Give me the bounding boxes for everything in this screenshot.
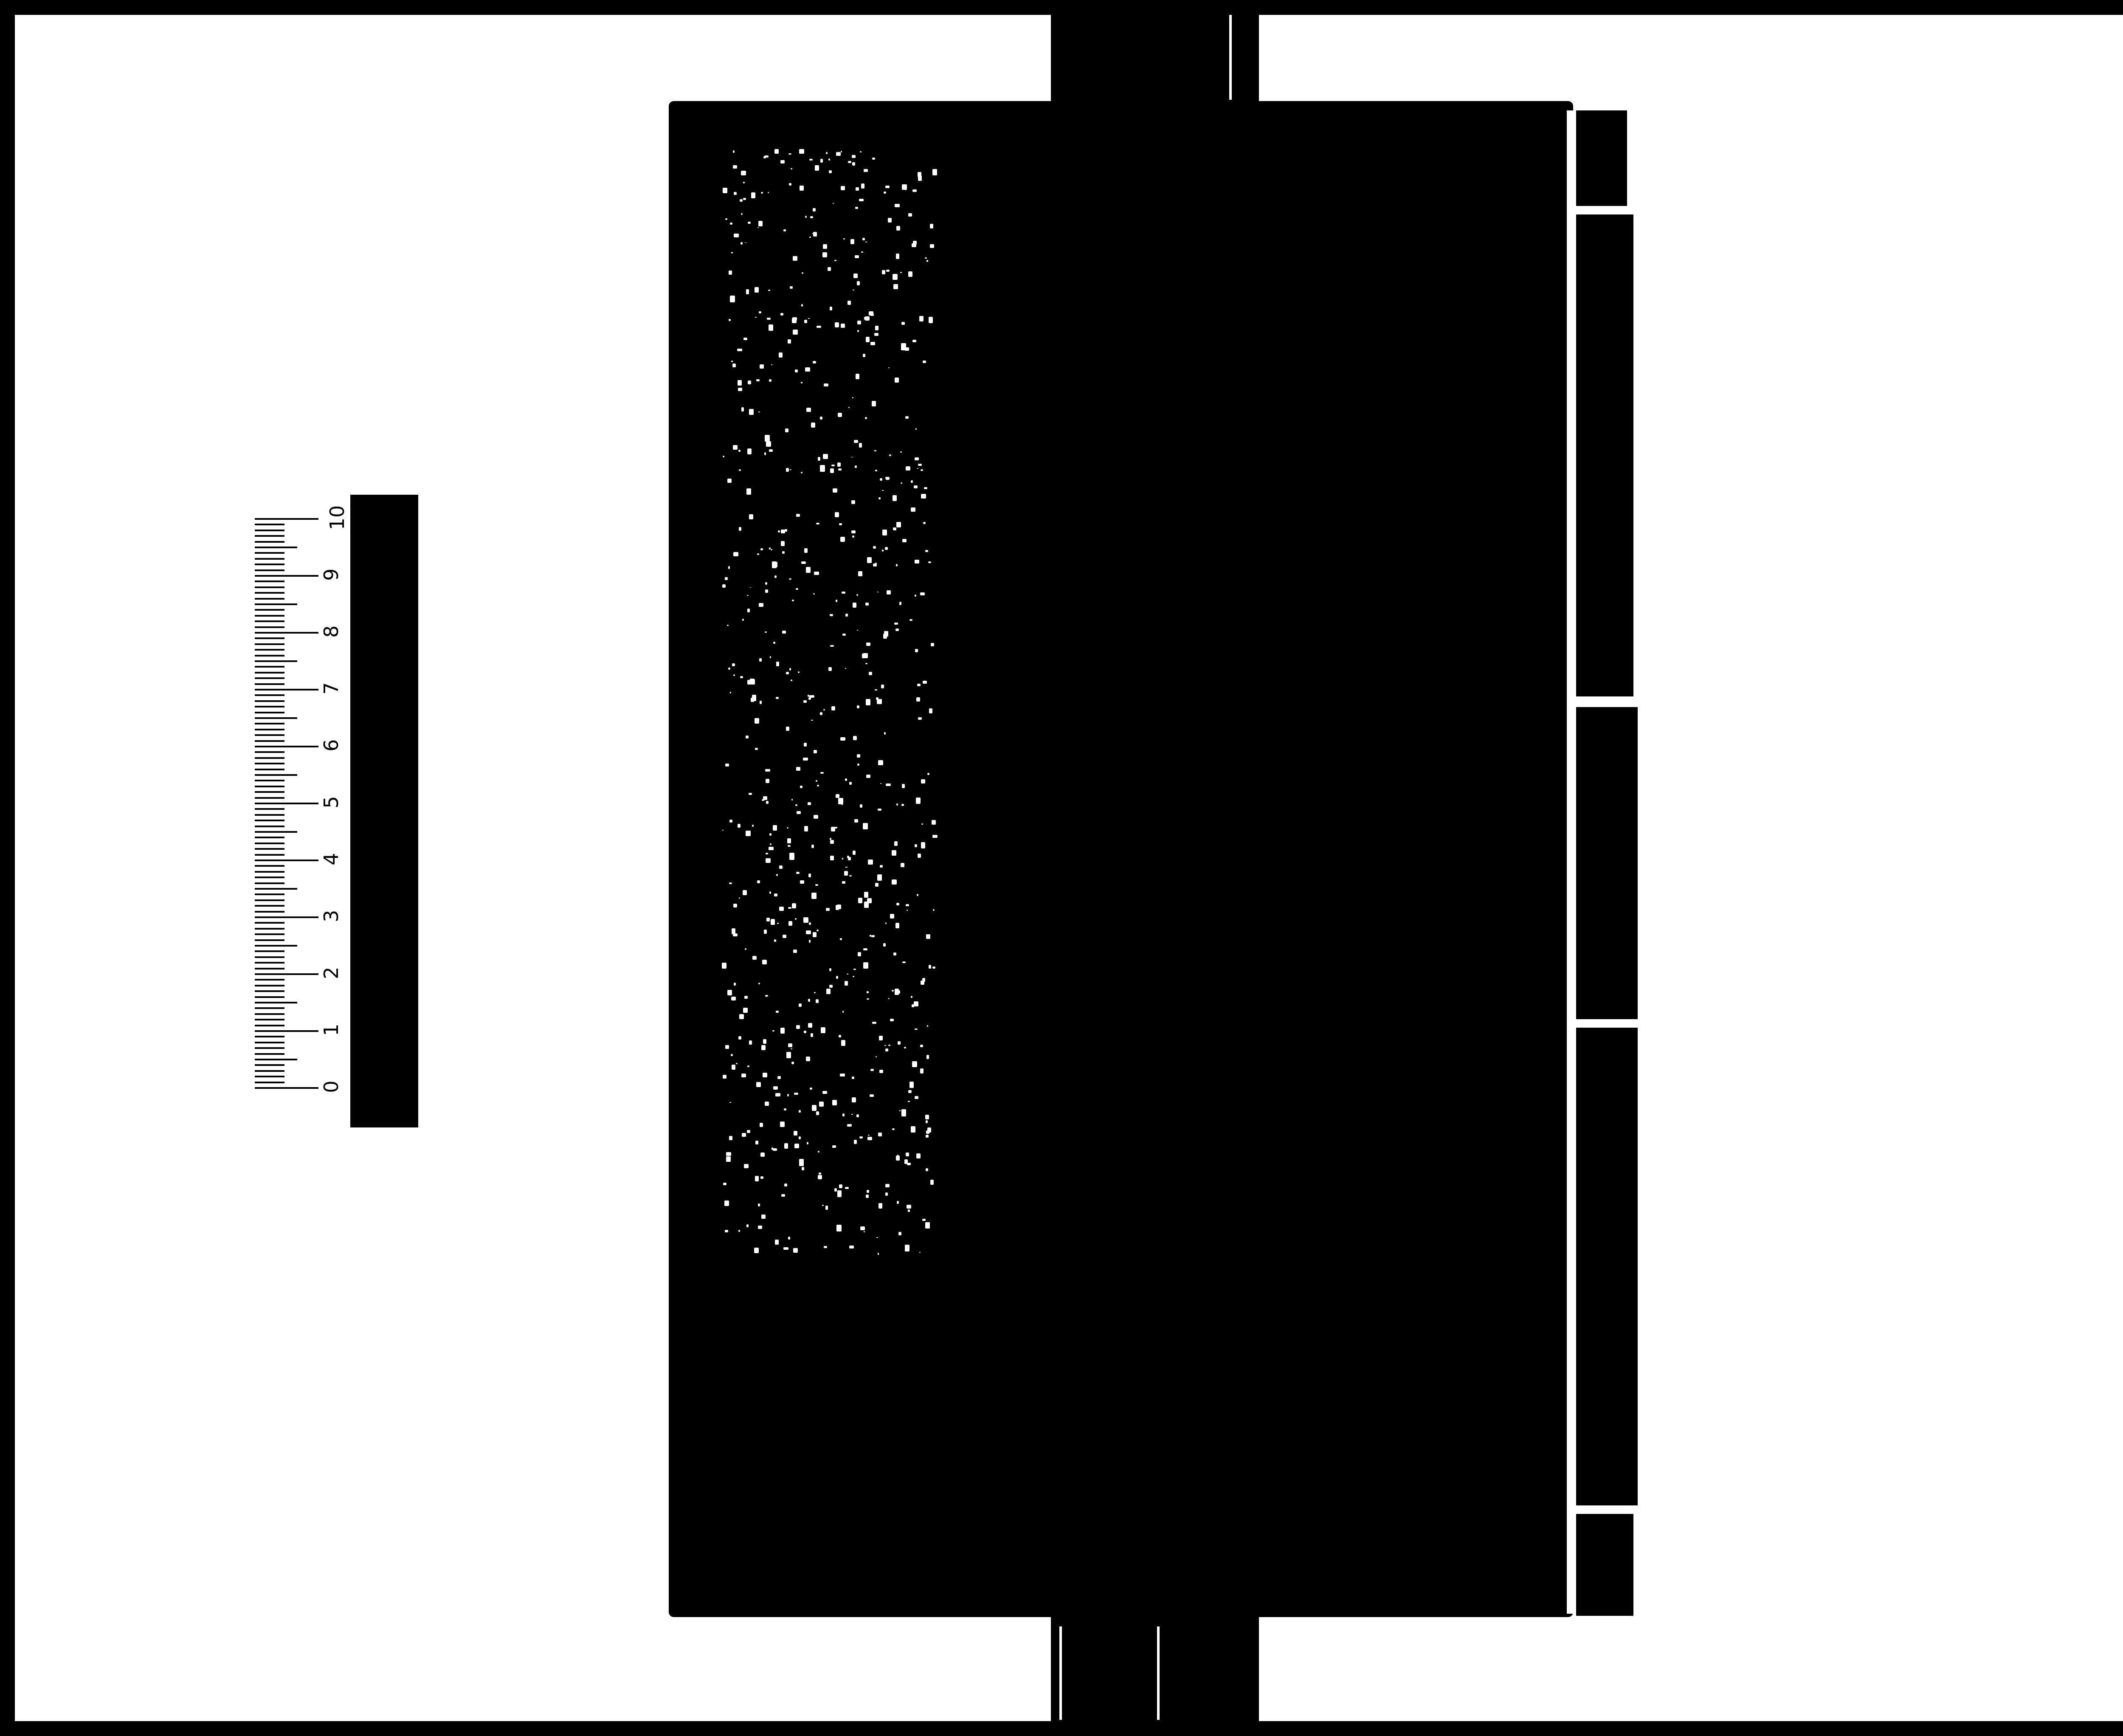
speckle-dot: [741, 407, 744, 411]
speckle-dot: [841, 151, 842, 152]
speckle-dot: [874, 333, 878, 336]
ruler-label: 5: [320, 796, 343, 808]
speckle-dot: [866, 337, 870, 342]
ruler-tick: [255, 746, 318, 747]
speckle-dot: [804, 548, 808, 553]
center-bar-bottom: [1051, 1618, 1259, 1736]
speckle-dot: [829, 968, 831, 971]
speckle-dot: [798, 671, 800, 673]
speckle-dot: [820, 772, 824, 774]
speckle-dot: [807, 1142, 809, 1144]
speckle-dot: [868, 860, 873, 865]
ruler-tick: [255, 780, 284, 781]
speckle-dot: [733, 552, 738, 556]
speckle-dot: [765, 589, 768, 593]
speckle-dot: [730, 692, 731, 693]
speckle-dot: [794, 1093, 798, 1095]
speckle-dot: [738, 380, 741, 386]
speckle-dot: [845, 614, 848, 616]
speckle-dot: [824, 1246, 827, 1248]
speckle-dot: [781, 541, 785, 546]
speckle-dot: [738, 450, 741, 452]
ruler-label: 0: [320, 1080, 343, 1093]
ruler-tick: [255, 734, 284, 736]
speckle-dot: [906, 904, 909, 906]
speckle-dot: [725, 1045, 729, 1049]
ruler-tick: [255, 922, 284, 924]
speckle-dot: [896, 522, 901, 527]
speckle-dot: [742, 619, 744, 621]
speckle-dot: [800, 186, 804, 191]
speckle-dot: [723, 188, 727, 193]
speckle-dot: [885, 1048, 888, 1051]
speckle-dot: [732, 1065, 735, 1070]
speckle-dot: [895, 204, 900, 207]
speckle-dot: [894, 623, 898, 625]
speckle-dot: [808, 802, 811, 805]
speckle-dot: [917, 894, 918, 896]
speckle-dot: [882, 550, 883, 551]
speckle-dot: [896, 254, 900, 259]
speckle-dot: [876, 1237, 878, 1238]
speckle-dot: [841, 324, 845, 328]
speckle-dot: [801, 561, 806, 564]
speckle-dot: [926, 1055, 929, 1059]
speckle-dot: [725, 218, 727, 220]
speckle-dot: [892, 990, 894, 992]
speckle-dot: [820, 159, 823, 163]
speckle-dot: [731, 361, 733, 362]
speckle-dot: [921, 469, 923, 471]
speckle-dot: [859, 443, 862, 448]
speckle-dot: [856, 1114, 859, 1117]
speckle-dot: [739, 897, 740, 899]
speckle-dot: [901, 482, 902, 484]
speckle-dot: [909, 619, 912, 621]
speckle-dot: [809, 940, 811, 942]
speckle-dot: [857, 754, 860, 758]
speckle-dot: [768, 290, 770, 291]
speckle-dot: [842, 881, 846, 884]
speckle-dot: [890, 1019, 894, 1021]
speckle-dot: [832, 1100, 837, 1105]
ruler-tick: [255, 683, 284, 685]
speckle-dot: [845, 1187, 849, 1189]
speckle-dot: [796, 767, 800, 771]
speckle-dot: [855, 207, 858, 209]
speckle-dot: [932, 820, 936, 825]
speckle-dot: [770, 656, 771, 658]
ruler-tick: [255, 905, 284, 907]
ruler-label: 9: [320, 568, 343, 581]
ruler-tick: [255, 1030, 318, 1032]
speckle-dot: [766, 441, 771, 447]
speckle-dot: [773, 825, 777, 831]
speckle-dot: [929, 965, 931, 969]
speckle-dot: [923, 361, 926, 363]
speckle-dot: [774, 149, 779, 154]
speckle-dot: [915, 844, 917, 848]
speckle-dot: [867, 1137, 872, 1140]
speckle-dot: [907, 1205, 911, 1209]
speckle-dot: [794, 1248, 797, 1251]
speckle-dot: [820, 417, 822, 420]
speckle-dot: [723, 456, 724, 457]
speckle-dot: [766, 918, 770, 922]
speckle-dot: [765, 1102, 769, 1105]
speckle-dot: [896, 226, 901, 231]
ruler-tick: [255, 888, 297, 890]
speckle-dot: [883, 634, 887, 639]
speckle-dot: [849, 782, 852, 785]
speckle-dot: [852, 1077, 855, 1079]
speckle-dot: [829, 985, 833, 988]
speckle-dot: [916, 697, 920, 702]
speckle-dot: [793, 330, 798, 335]
ruler-tick: [255, 973, 318, 975]
speckle-dot: [908, 1209, 909, 1212]
speckle-dot: [758, 1203, 760, 1206]
speckle-dot: [746, 736, 749, 738]
speckle-dot: [926, 1135, 929, 1138]
speckle-dot: [860, 151, 862, 153]
ruler-label: 1: [320, 1023, 343, 1036]
ruler-tick: [255, 1019, 284, 1020]
speckle-dot: [927, 1025, 928, 1027]
speckle-dot: [773, 1148, 777, 1151]
speckle-dot: [731, 997, 736, 1000]
speckle-dot: [777, 1076, 780, 1079]
speckle-dot: [795, 369, 797, 372]
speckle-dot: [749, 1040, 752, 1045]
speckle-dot: [828, 267, 831, 271]
ruler-tick: [255, 791, 284, 793]
speckle-dot: [830, 838, 831, 840]
spine-tab-1: [1576, 110, 1627, 206]
speckle-dot: [799, 1110, 801, 1113]
speckle-dot: [892, 850, 896, 856]
speckle-dot: [838, 413, 842, 417]
speckle-dot: [837, 462, 840, 467]
speckle-dot: [736, 1063, 738, 1064]
ruler-tick: [255, 1047, 284, 1049]
speckle-dot: [876, 1056, 877, 1058]
speckle-dot: [747, 448, 752, 454]
speckle-dot: [764, 452, 766, 455]
speckle-dot: [872, 401, 876, 406]
speckle-dot: [860, 804, 862, 808]
speckle-dot: [799, 1136, 801, 1140]
speckle-dot: [917, 468, 918, 469]
speckle-dot: [923, 681, 927, 684]
speckle-dot: [899, 1110, 901, 1111]
speckle-dot: [774, 893, 778, 896]
speckle-dot: [875, 326, 879, 331]
ruler-tick: [255, 689, 318, 690]
speckle-dot: [804, 1031, 806, 1033]
speckle-dot: [802, 1167, 804, 1170]
speckle-dot: [766, 779, 769, 783]
speckle-dot: [857, 705, 860, 708]
speckle-dot: [880, 478, 882, 481]
speckle-dot: [887, 590, 891, 594]
speckle-dot: [727, 479, 732, 483]
speckle-dot: [851, 500, 855, 504]
speckle-dot: [852, 397, 853, 399]
speckle-dot: [863, 823, 868, 829]
speckle-dot: [896, 564, 898, 566]
speckle-dot: [729, 1102, 731, 1103]
speckle-dot: [822, 252, 828, 257]
speckle-dot: [912, 340, 916, 343]
speckle-dot: [831, 706, 835, 710]
ruler-tick: [255, 882, 284, 884]
speckle-dot: [817, 785, 819, 786]
speckle-dot: [849, 875, 852, 876]
speckle-dot: [755, 748, 758, 750]
speckle-dot: [763, 1039, 766, 1044]
speckle-dot: [803, 917, 808, 923]
speckle-dot: [766, 858, 771, 863]
ruler-tick: [255, 1002, 297, 1003]
speckle-dot: [801, 472, 802, 473]
speckle-dot: [783, 935, 786, 938]
speckle-dot: [878, 1133, 882, 1136]
speckle-dot: [845, 778, 847, 781]
speckle-dot: [920, 1045, 923, 1047]
speckle-dot: [722, 830, 724, 831]
speckle-dot: [839, 1035, 841, 1037]
speckle-dot: [892, 1128, 894, 1130]
speckle-dot: [880, 783, 882, 784]
speckle-dot: [915, 428, 917, 430]
speckle-dot: [814, 750, 817, 753]
speckle-dot: [836, 794, 840, 798]
speckle-dot: [930, 244, 934, 248]
speckle-dot: [780, 1028, 785, 1034]
speckle-dot: [819, 1102, 824, 1107]
speckle-dot: [825, 1206, 828, 1210]
speckle-dot: [885, 186, 890, 188]
speckle-dot: [760, 1153, 765, 1157]
speckle-dot: [854, 440, 858, 443]
speckle-dot: [930, 224, 933, 228]
speckle-dot: [875, 470, 877, 471]
speckle-dot: [867, 557, 872, 563]
speckle-dot: [811, 893, 817, 899]
ruler-tick: [255, 916, 318, 918]
speckle-dot: [769, 891, 771, 894]
speckle-dot: [912, 1061, 917, 1067]
speckle-dot: [826, 989, 831, 994]
speckle-dot: [723, 1183, 726, 1185]
ruler-tick: [255, 860, 318, 861]
speckle-dot: [852, 155, 856, 158]
speckle-dot: [733, 445, 738, 450]
ruler-tick: [255, 826, 284, 827]
speckle-dot: [865, 242, 867, 242]
speckle-dot: [892, 879, 897, 885]
speckle-dot: [853, 736, 857, 740]
speckle-dot: [783, 229, 786, 231]
speckle-dot: [842, 858, 843, 860]
speckle-dot: [729, 271, 732, 275]
ruler-tick: [255, 598, 284, 600]
speckle-dot: [884, 1045, 886, 1046]
speckle-dot: [779, 352, 783, 358]
speckle-dot: [818, 1151, 819, 1153]
ruler-tick: [255, 666, 284, 668]
speckle-dot: [889, 454, 891, 456]
speckle-dot: [732, 663, 735, 666]
speckle-dot: [867, 998, 869, 1000]
speckle-dot: [844, 871, 848, 876]
speckle-dot: [866, 775, 871, 778]
speckle-dot: [761, 1215, 766, 1219]
speckle-dot: [864, 169, 868, 172]
speckle-dot: [836, 600, 837, 602]
speckle-dot: [852, 1097, 856, 1102]
speckle-dot: [793, 950, 797, 953]
speckle-dot: [755, 718, 760, 724]
speckle-dot: [809, 159, 813, 161]
speckle-dot: [843, 238, 845, 240]
speckle-dot: [856, 374, 860, 379]
speckle-dot: [905, 188, 907, 190]
speckle-dot: [854, 1140, 857, 1144]
speckle-dot: [824, 383, 829, 386]
ruler-tick: [255, 535, 284, 537]
ruler-tick: [255, 740, 284, 742]
ruler-tick: [255, 854, 284, 856]
speckle-dot: [885, 477, 887, 479]
speckle-dot: [902, 784, 905, 788]
speckle-dot: [859, 1136, 863, 1139]
speckle-dot: [811, 845, 814, 848]
speckle-dot: [867, 1190, 869, 1193]
speckle-dot: [924, 487, 927, 489]
speckle-dot: [757, 880, 760, 883]
speckle-dot: [749, 793, 752, 795]
speckle-dot: [865, 603, 869, 606]
speckle-dot: [752, 825, 754, 827]
speckle-dot: [857, 764, 859, 766]
ruler-tick: [255, 1053, 284, 1055]
ruler-tick: [255, 1059, 297, 1060]
speckle-dot: [923, 522, 926, 524]
speckle-dot: [729, 882, 732, 884]
speckle-dot: [733, 165, 737, 169]
ruler-tick: [255, 723, 284, 724]
speckle-dot: [820, 465, 825, 472]
ruler-tick: [255, 632, 318, 634]
speckle-dot: [851, 1114, 853, 1115]
ruler-tick: [255, 751, 284, 753]
speckle-dot: [788, 845, 791, 847]
ruler-tick: [255, 655, 284, 657]
speckle-dot: [893, 284, 898, 289]
speckle-dot: [789, 853, 794, 860]
ruler-tick: [255, 677, 284, 679]
speckle-dot: [812, 1105, 816, 1110]
speckle-dot: [745, 948, 746, 950]
speckle-dot: [830, 856, 834, 860]
ruler-tick: [255, 558, 284, 560]
speckle-dot: [838, 468, 842, 471]
speckle-dot: [856, 187, 859, 191]
speckle-dot: [758, 983, 760, 984]
speckle-dot: [920, 1068, 924, 1074]
speckle-dot: [791, 1048, 792, 1049]
speckle-dot: [878, 1253, 879, 1255]
ruler-tick: [255, 950, 284, 952]
ruler-tick: [255, 933, 284, 935]
speckle-dot: [897, 1201, 899, 1204]
speckle-dot: [740, 199, 743, 202]
speckle-dot: [785, 428, 788, 433]
speckle-dot: [929, 317, 933, 323]
speckle-dot: [912, 189, 917, 192]
speckle-dot: [775, 1093, 780, 1096]
center-bar-line-bottom-2: [1157, 1626, 1160, 1720]
speckle-dot: [789, 668, 791, 671]
speckle-dot: [758, 411, 760, 412]
ruler-tick: [255, 1007, 284, 1009]
speckle-dot: [839, 1184, 843, 1188]
spine-line: [1567, 110, 1574, 1614]
speckle-dot: [896, 803, 898, 806]
ruler-tick: [255, 729, 284, 730]
speckle-dot: [814, 815, 819, 819]
speckle-dot: [738, 824, 741, 828]
speckle-dot: [757, 227, 759, 228]
speckle-dot: [772, 1030, 774, 1031]
speckle-dot: [854, 819, 858, 823]
speckle-dot: [819, 1172, 821, 1175]
speckle-dot: [789, 578, 791, 580]
speckle-dot: [808, 1023, 812, 1028]
speckle-dot: [787, 827, 788, 829]
speckle-dot: [820, 712, 822, 716]
ruler-tick: [255, 899, 284, 901]
speckle-dot: [867, 991, 868, 993]
speckle-dot: [894, 841, 898, 846]
speckle-dot: [835, 322, 839, 327]
speckle-dot: [882, 270, 885, 274]
speckle-dot: [881, 685, 884, 688]
speckle-dot: [829, 170, 832, 173]
speckle-dot: [800, 880, 804, 884]
speckle-dot: [851, 530, 856, 533]
ruler-tick: [255, 1087, 318, 1089]
speckle-dot: [734, 234, 739, 237]
speckle-dot: [822, 1205, 824, 1206]
speckle-dot: [760, 548, 763, 550]
speckle-dot: [749, 409, 754, 415]
speckle-dot: [912, 1004, 915, 1007]
speckle-dot: [832, 1145, 836, 1147]
speckle-dot: [817, 326, 821, 328]
speckle-dot: [901, 1109, 907, 1116]
ruler-tick: [255, 774, 297, 776]
speckle-dot: [796, 1025, 800, 1029]
speckle-dot: [808, 697, 811, 700]
speckle-dot: [914, 1001, 919, 1006]
ruler-tick: [255, 985, 284, 986]
speckle-dot: [747, 680, 751, 685]
speckle-dot: [791, 1062, 794, 1064]
speckle-dot: [831, 827, 835, 831]
